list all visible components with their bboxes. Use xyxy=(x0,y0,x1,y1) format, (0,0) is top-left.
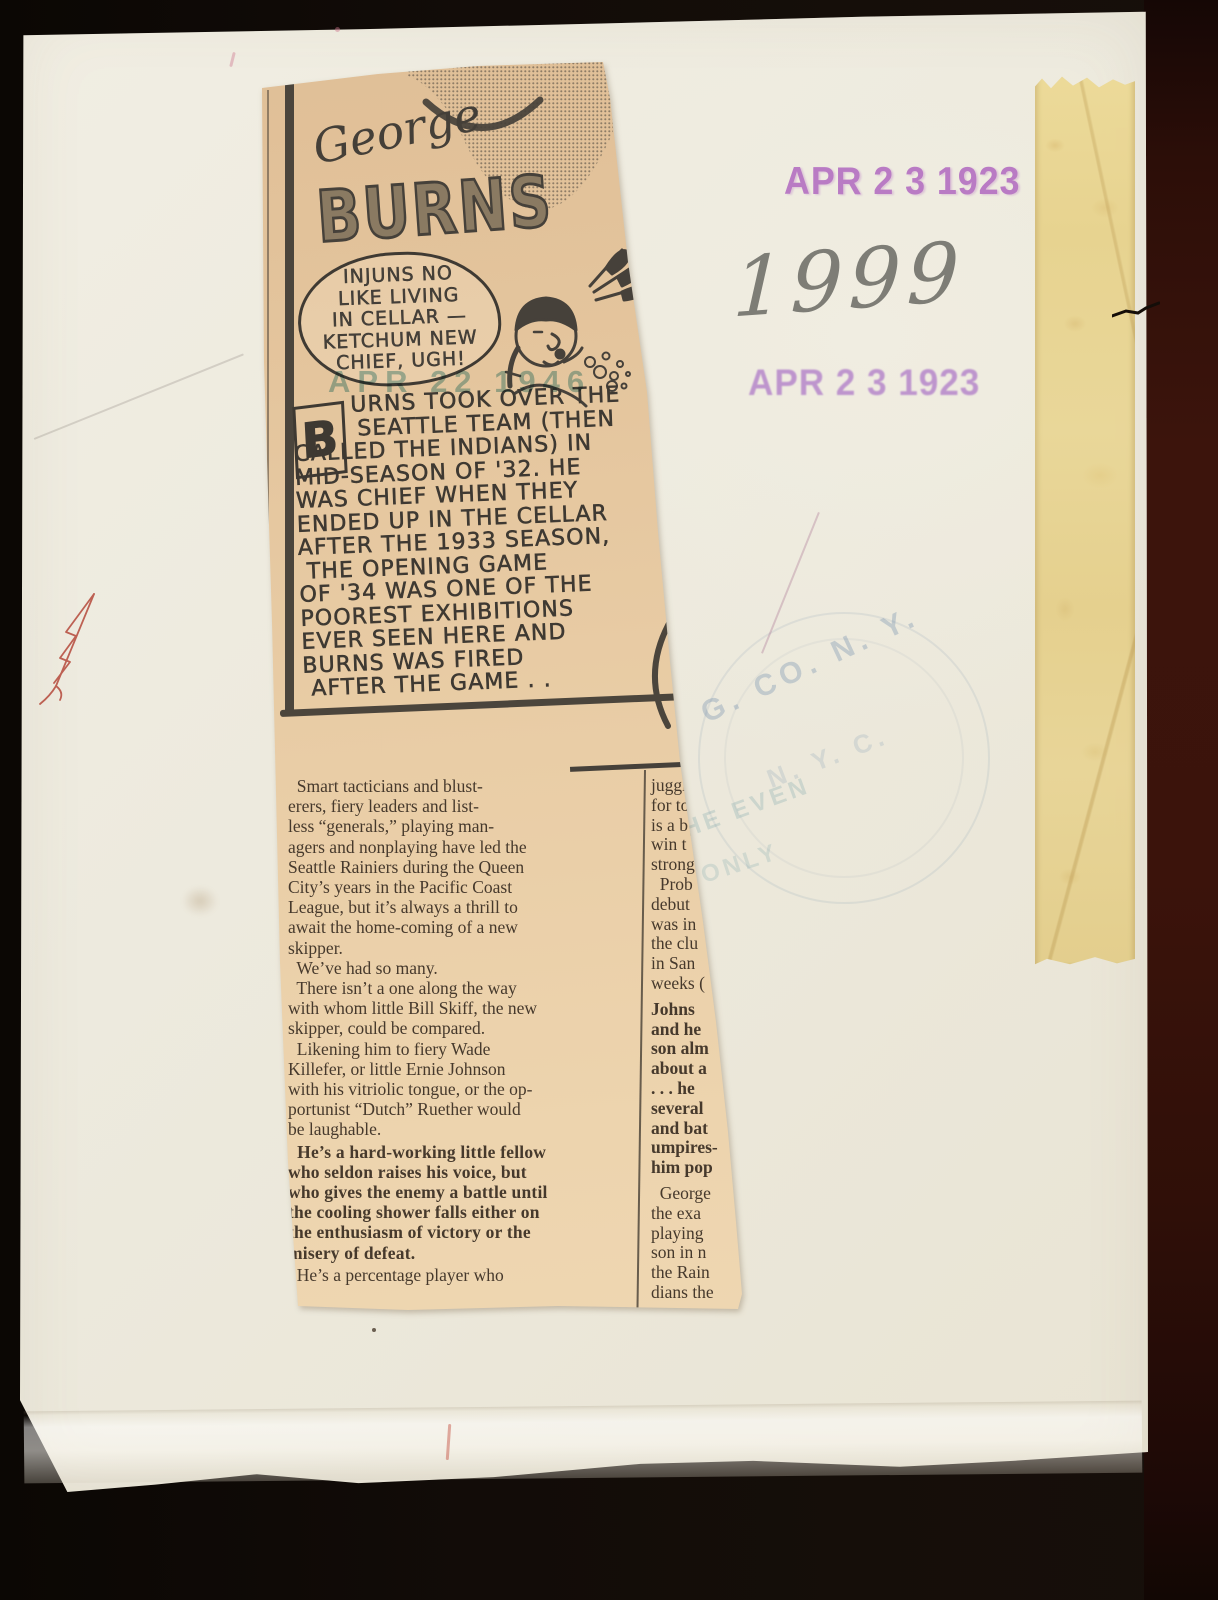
date-stamp-lower: APR 2 3 1923 xyxy=(748,362,980,404)
article-right-bold-fragments: Johnsand heson almabout a. . . heseveral… xyxy=(651,1000,763,1178)
column-top-rule xyxy=(570,761,702,772)
paper-fold-crease xyxy=(24,1401,1143,1484)
photo-back-scan: G. CO. N. Y. N. Y. C. HE EVEN ONLY Georg… xyxy=(0,0,1218,1600)
clipping-paper: George BURNS INJUNS NOLIKE LIVINGIN CELL… xyxy=(258,62,764,1312)
article-last-line: He’s a percentage player who xyxy=(288,1265,642,1285)
stain-smudge xyxy=(182,886,218,916)
ink-dot xyxy=(372,1328,376,1332)
svg-text:19999: 19999 xyxy=(731,221,969,336)
column-edge-line xyxy=(267,90,269,715)
crack-mark xyxy=(1112,300,1160,320)
article-right-fragments: jugglefor tois a bwin tstrong Probdebutw… xyxy=(651,776,763,994)
article-left-column: Smart tacticians and blust-erers, fiery … xyxy=(288,776,642,1285)
article-paragraphs: Smart tacticians and blust-erers, fiery … xyxy=(288,776,642,1140)
article-right-column: jugglefor tois a bwin tstrong Probdebutw… xyxy=(651,776,763,1303)
album-background xyxy=(1144,0,1218,1600)
panel-left-border xyxy=(285,62,294,714)
panel-corner-curve xyxy=(638,618,678,730)
news-clipping: George BURNS INJUNS NOLIKE LIVINGIN CELL… xyxy=(258,62,764,1312)
article-bold-paragraph: He’s a hard-working little fellowwho sel… xyxy=(288,1142,642,1263)
tape-strip xyxy=(1035,74,1135,966)
article-right-last-fragments: Georgethe exaplaying son in nthe Raindia… xyxy=(651,1184,763,1303)
red-speck xyxy=(335,27,340,32)
caption-text: URNS TOOK OVER THESEATTLE TEAM (THENCALL… xyxy=(292,381,697,701)
pencil-number: 19999 xyxy=(731,214,969,355)
date-stamp-1946: APR 22 1946 xyxy=(328,364,591,400)
date-stamp-top: APR 2 3 1923 xyxy=(784,160,1020,204)
red-feather-sketch xyxy=(36,588,108,708)
